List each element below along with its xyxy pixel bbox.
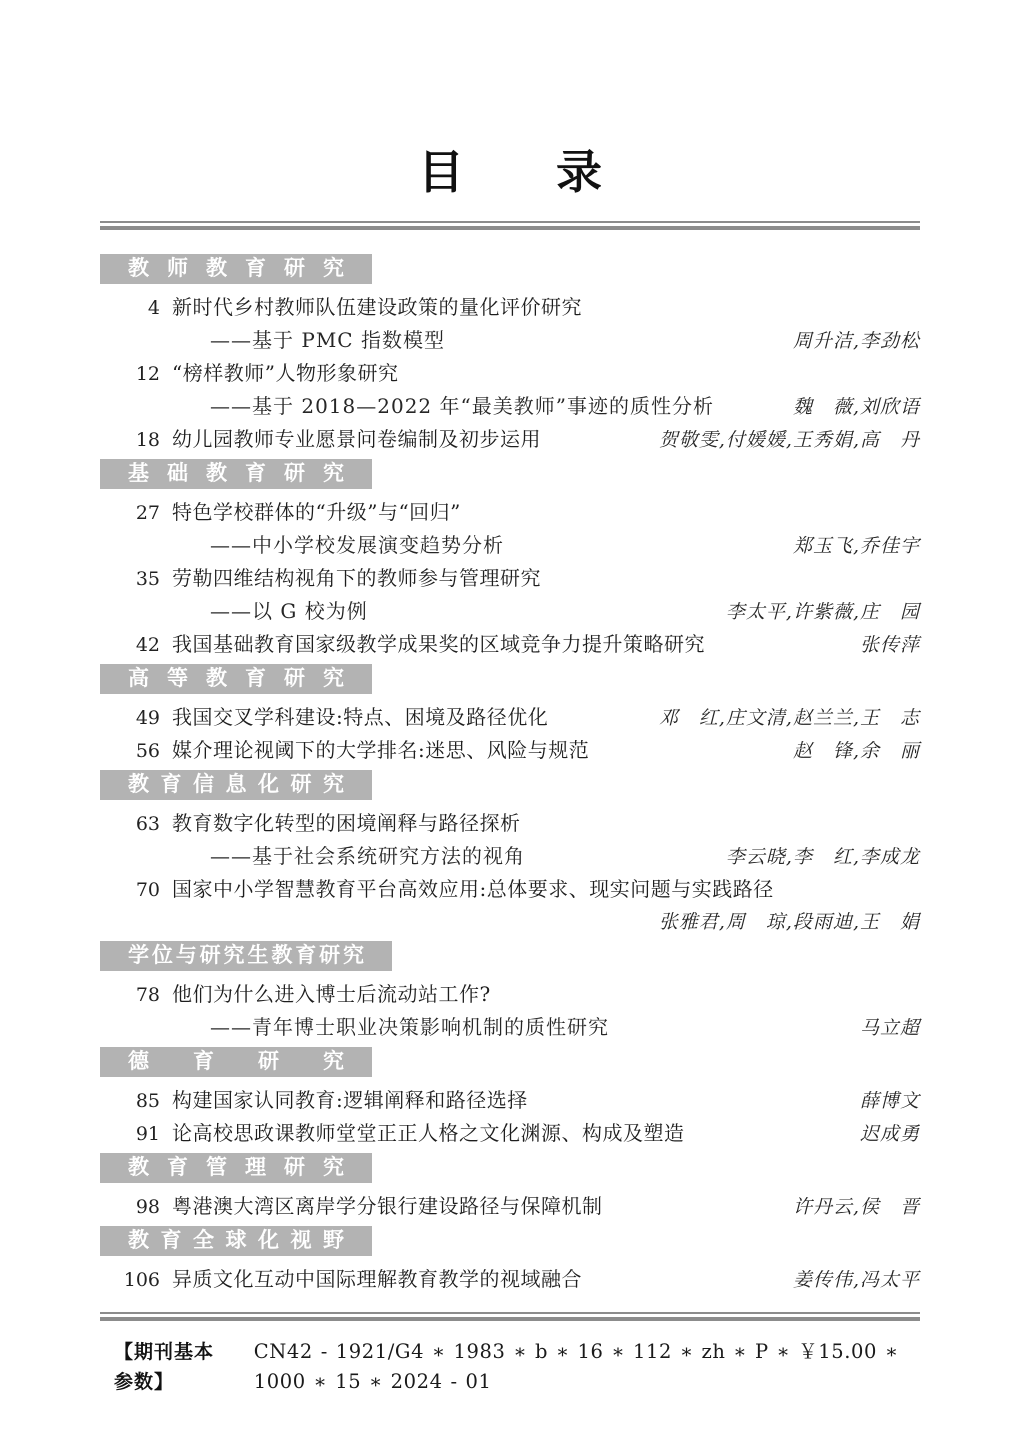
toc-entry-row: 4 新时代乡村教师队伍建设政策的量化评价研究 [100, 291, 920, 324]
toc-entry-row: 91 论高校思政课教师堂堂正正人格之文化渊源、构成及塑造 迟成勇 [100, 1117, 920, 1150]
entry-authors: 姜传伟,冯太平 [775, 1264, 920, 1296]
section-header: 教育全球化视野 [100, 1226, 372, 1256]
toc-section: 学位与研究生教育研究 78 他们为什么进入博士后流动站工作? ——青年博士职业决… [100, 941, 920, 1044]
entry-page-number: 70 [100, 874, 166, 906]
toc-entry-row: 27 特色学校群体的“升级”与“回归” [100, 496, 920, 529]
title-divider-rule [100, 221, 920, 230]
entry-page-number: 85 [100, 1085, 166, 1117]
section-entries: 98 粤港澳大湾区离岸学分银行建设路径与保障机制 许丹云,侯 晋 [100, 1190, 920, 1223]
toc-section: 德育研究 85 构建国家认同教育:逻辑阐释和路径选择 薛博文 91 论高校思政课… [100, 1047, 920, 1150]
toc-section: 高等教育研究 49 我国交叉学科建设:特点、困境及路径优化 邓 红,庄文清,赵兰… [100, 664, 920, 767]
section-header: 高等教育研究 [100, 664, 372, 694]
toc-entry-row: ——基于 PMC 指数模型 周升洁,李劲松 [100, 324, 920, 357]
entry-authors: 薛博文 [842, 1085, 920, 1117]
entry-authors: 周升洁,李劲松 [775, 325, 920, 357]
entry-title: 教育数字化转型的困境阐释与路径探析 [166, 807, 521, 839]
entry-page-number: 91 [100, 1118, 166, 1150]
section-entries: 106 异质文化互动中国际理解教育教学的视域融合 姜传伟,冯太平 [100, 1263, 920, 1296]
entry-title: “榜样教师”人物形象研究 [166, 357, 398, 389]
entry-title: ——基于社会系统研究方法的视角 [166, 840, 525, 872]
section-entries: 27 特色学校群体的“升级”与“回归” ——中小学校发展演变趋势分析 郑玉飞,乔… [100, 496, 920, 661]
toc-section: 教育管理研究 98 粤港澳大湾区离岸学分银行建设路径与保障机制 许丹云,侯 晋 [100, 1153, 920, 1223]
toc-entry-row: ——中小学校发展演变趋势分析 郑玉飞,乔佳宇 [100, 529, 920, 562]
toc-entry-row: ——基于社会系统研究方法的视角 李云晓,李 红,李成龙 [100, 840, 920, 873]
toc-sections: 教师教育研究 4 新时代乡村教师队伍建设政策的量化评价研究 ——基于 PMC 指… [100, 254, 920, 1296]
entry-authors: 李云晓,李 红,李成龙 [708, 841, 920, 873]
journal-toc-page: 目 录 教师教育研究 4 新时代乡村教师队伍建设政策的量化评价研究 ——基于 P… [0, 0, 1024, 1448]
section-entries: 63 教育数字化转型的困境阐释与路径探析 ——基于社会系统研究方法的视角 李云晓… [100, 807, 920, 938]
section-entries: 49 我国交叉学科建设:特点、困境及路径优化 邓 红,庄文清,赵兰兰,王 志 5… [100, 701, 920, 767]
entry-page-number: 106 [100, 1264, 166, 1296]
entry-title: 国家中小学智慧教育平台高效应用:总体要求、现实问题与实践路径 [166, 873, 774, 905]
entry-page-number: 27 [100, 497, 166, 529]
toc-entry-row: 78 他们为什么进入博士后流动站工作? [100, 978, 920, 1011]
section-entries: 85 构建国家认同教育:逻辑阐释和路径选择 薛博文 91 论高校思政课教师堂堂正… [100, 1084, 920, 1150]
entry-title: 特色学校群体的“升级”与“回归” [166, 496, 461, 528]
entry-title: 新时代乡村教师队伍建设政策的量化评价研究 [166, 291, 582, 323]
section-entries: 4 新时代乡村教师队伍建设政策的量化评价研究 ——基于 PMC 指数模型 周升洁… [100, 291, 920, 456]
entry-title: 构建国家认同教育:逻辑阐释和路径选择 [166, 1084, 528, 1116]
toc-entry-row: ——以 G 校为例 李太平,许紫薇,庄 园 [100, 595, 920, 628]
entry-page-number: 18 [100, 424, 166, 456]
toc-entry-row: 98 粤港澳大湾区离岸学分银行建设路径与保障机制 许丹云,侯 晋 [100, 1190, 920, 1223]
entry-title: 幼儿园教师专业愿景问卷编制及初步运用 [166, 423, 541, 455]
toc-entry-row: 49 我国交叉学科建设:特点、困境及路径优化 邓 红,庄文清,赵兰兰,王 志 [100, 701, 920, 734]
toc-entry-row: 70 国家中小学智慧教育平台高效应用:总体要求、现实问题与实践路径 [100, 873, 920, 906]
section-header: 教育信息化研究 [100, 770, 372, 800]
footer-divider-rule [100, 1312, 920, 1321]
section-header: 教育管理研究 [100, 1153, 372, 1183]
entry-page-number: 4 [100, 292, 166, 324]
toc-entry-row: 42 我国基础教育国家级教学成果奖的区域竞争力提升策略研究 张传萍 [100, 628, 920, 661]
section-header: 基础教育研究 [100, 459, 372, 489]
entry-title: 论高校思政课教师堂堂正正人格之文化渊源、构成及塑造 [166, 1117, 685, 1149]
entry-authors: 魏 薇,刘欣语 [775, 391, 920, 423]
toc-entry-row: 35 劳勒四维结构视角下的教师参与管理研究 [100, 562, 920, 595]
journal-params-label: 【期刊基本参数】 [100, 1337, 234, 1397]
toc-entry-row: 18 幼儿园教师专业愿景问卷编制及初步运用 贺敬雯,付媛媛,王秀娟,高 丹 [100, 423, 920, 456]
entry-authors: 张雅君,周 琼,段雨迪,王 娟 [641, 906, 920, 938]
entry-authors: 马立超 [842, 1012, 920, 1044]
section-header: 教师教育研究 [100, 254, 372, 284]
journal-params-value: CN42 - 1921/G4 ∗ 1983 ∗ b ∗ 16 ∗ 112 ∗ z… [254, 1337, 920, 1397]
page-title: 目 录 [100, 146, 920, 199]
entry-title: 媒介理论视阈下的大学排名:迷思、风险与规范 [166, 734, 589, 766]
entry-page-number: 12 [100, 358, 166, 390]
entry-title: 粤港澳大湾区离岸学分银行建设路径与保障机制 [166, 1190, 603, 1222]
entry-page-number: 78 [100, 979, 166, 1011]
entry-authors: 迟成勇 [842, 1118, 920, 1150]
toc-entry-row: ——青年博士职业决策影响机制的质性研究 马立超 [100, 1011, 920, 1044]
entry-page-number: 35 [100, 563, 166, 595]
entry-title: 我国基础教育国家级教学成果奖的区域竞争力提升策略研究 [166, 628, 705, 660]
entry-title: 他们为什么进入博士后流动站工作? [166, 978, 491, 1010]
toc-entry-row: 12 “榜样教师”人物形象研究 [100, 357, 920, 390]
entry-page-number: 42 [100, 629, 166, 661]
entry-authors: 郑玉飞,乔佳宇 [775, 530, 920, 562]
section-header: 德育研究 [100, 1047, 372, 1077]
section-header: 学位与研究生教育研究 [100, 941, 392, 971]
entry-page-number: 63 [100, 808, 166, 840]
toc-section: 基础教育研究 27 特色学校群体的“升级”与“回归” ——中小学校发展演变趋势分… [100, 459, 920, 661]
entry-authors: 张传萍 [842, 629, 920, 661]
entry-page-number: 49 [100, 702, 166, 734]
toc-section: 教育信息化研究 63 教育数字化转型的困境阐释与路径探析 ——基于社会系统研究方… [100, 770, 920, 938]
journal-params-line: 【期刊基本参数】 CN42 - 1921/G4 ∗ 1983 ∗ b ∗ 16 … [100, 1337, 920, 1397]
toc-entry-row: ——基于 2018—2022 年“最美教师”事迹的质性分析 魏 薇,刘欣语 [100, 390, 920, 423]
entry-page-number: 56 [100, 735, 166, 767]
entry-authors: 邓 红,庄文清,赵兰兰,王 志 [641, 702, 920, 734]
entry-authors: 贺敬雯,付媛媛,王秀娟,高 丹 [641, 424, 920, 456]
entry-authors: 李太平,许紫薇,庄 园 [708, 596, 920, 628]
entry-title: ——青年博士职业决策影响机制的质性研究 [166, 1011, 609, 1043]
toc-entry-row: 56 媒介理论视阈下的大学排名:迷思、风险与规范 赵 锋,余 丽 [100, 734, 920, 767]
entry-title: ——基于 PMC 指数模型 [166, 324, 445, 356]
entry-title: 劳勒四维结构视角下的教师参与管理研究 [166, 562, 541, 594]
entry-title: ——中小学校发展演变趋势分析 [166, 529, 504, 561]
toc-section: 教师教育研究 4 新时代乡村教师队伍建设政策的量化评价研究 ——基于 PMC 指… [100, 254, 920, 456]
toc-section: 教育全球化视野 106 异质文化互动中国际理解教育教学的视域融合 姜传伟,冯太平 [100, 1226, 920, 1296]
entry-page-number: 98 [100, 1191, 166, 1223]
entry-authors: 许丹云,侯 晋 [775, 1191, 920, 1223]
toc-entry-row: 张雅君,周 琼,段雨迪,王 娟 [100, 906, 920, 938]
entry-title: ——基于 2018—2022 年“最美教师”事迹的质性分析 [166, 390, 714, 422]
entry-title: 我国交叉学科建设:特点、困境及路径优化 [166, 701, 548, 733]
entry-title: ——以 G 校为例 [166, 595, 368, 627]
toc-entry-row: 106 异质文化互动中国际理解教育教学的视域融合 姜传伟,冯太平 [100, 1263, 920, 1296]
toc-entry-row: 63 教育数字化转型的困境阐释与路径探析 [100, 807, 920, 840]
toc-entry-row: 85 构建国家认同教育:逻辑阐释和路径选择 薛博文 [100, 1084, 920, 1117]
entry-title: 异质文化互动中国际理解教育教学的视域融合 [166, 1263, 582, 1295]
entry-authors: 赵 锋,余 丽 [775, 735, 920, 767]
section-entries: 78 他们为什么进入博士后流动站工作? ——青年博士职业决策影响机制的质性研究 … [100, 978, 920, 1044]
